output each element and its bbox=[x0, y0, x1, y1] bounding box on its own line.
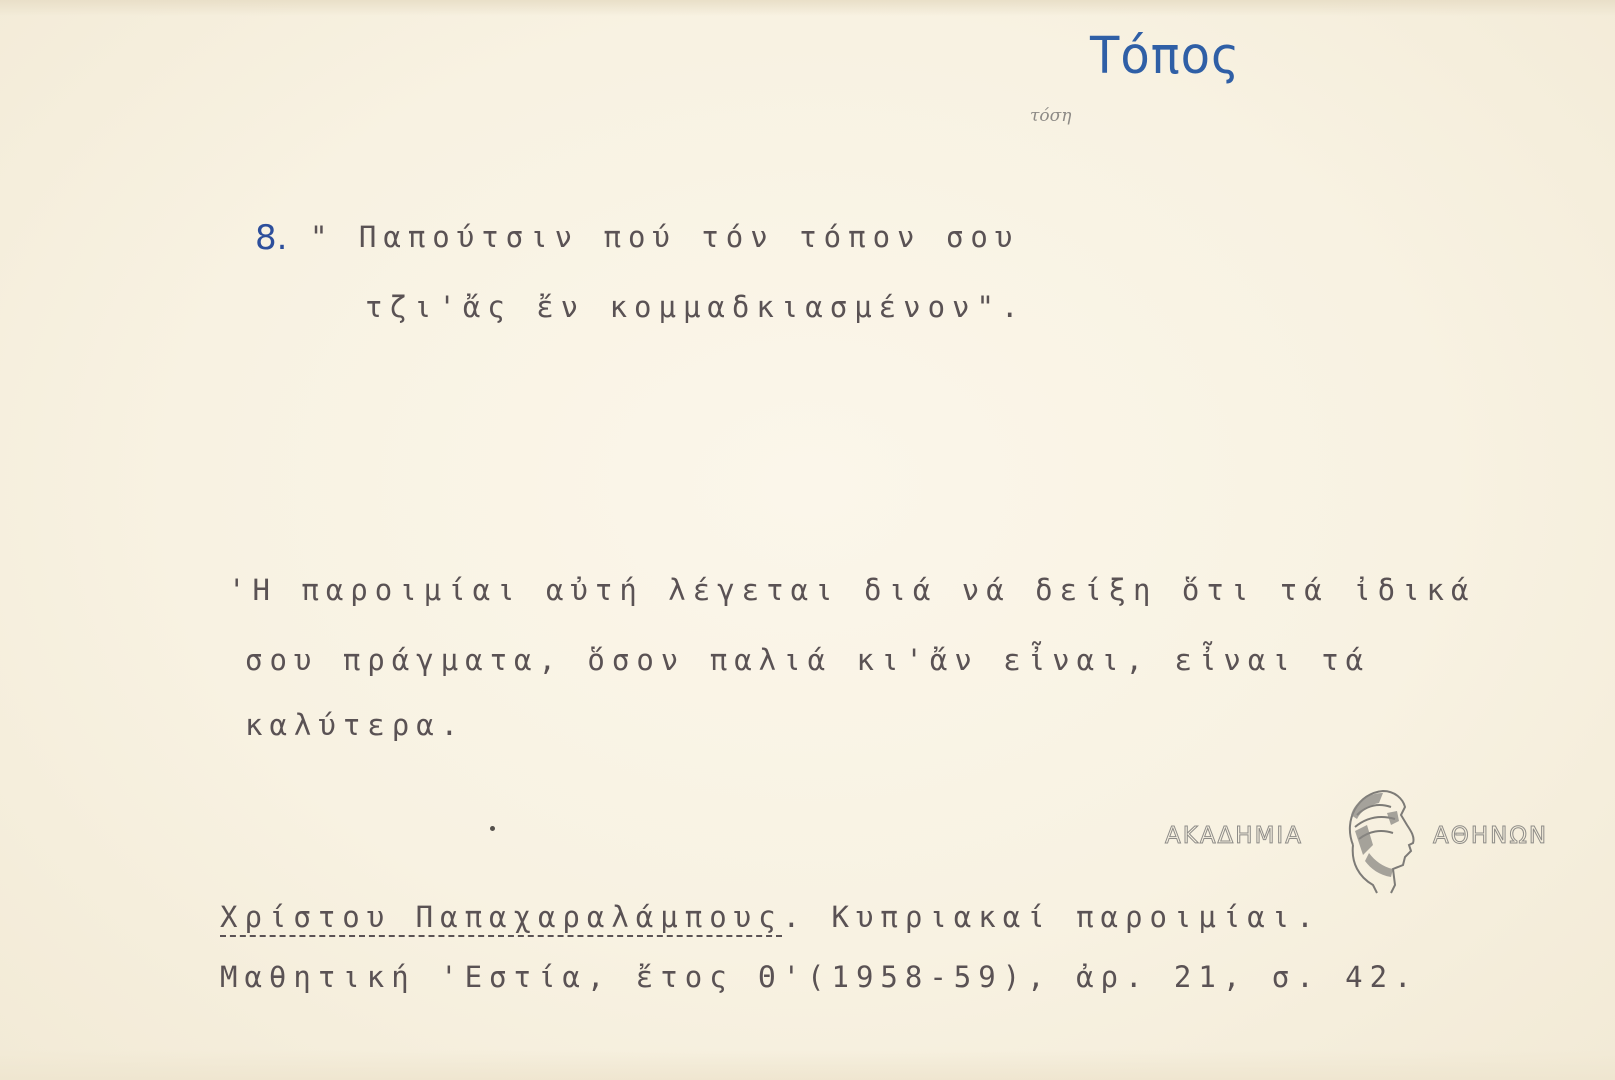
source-line-1: Χρίστου Παπαχαραλάμπους. Κυπριακαί παροι… bbox=[220, 900, 1321, 934]
ink-speck bbox=[490, 826, 495, 831]
watermark-right-text: ΑΘΗΝΩΝ bbox=[1433, 823, 1548, 849]
proverb-line-2: τζι'ἄς ἔν κομμαδκιασμένον". bbox=[365, 290, 1025, 324]
explanation-line-2: σου πράγματα, ὅσον παλιά κι'ἄν εἶναι, εἶ… bbox=[245, 643, 1370, 677]
source-citation: Μαθητική 'Εστία, ἔτος Θ'(1958-59), ἀρ. 2… bbox=[220, 960, 1419, 994]
handwritten-note: τόση bbox=[1030, 106, 1071, 126]
source-title: . Κυπριακαί παροιμίαι. bbox=[783, 900, 1321, 934]
archive-card: Τόπος τόση 8. " Παπούτσιν πού τόν τόπον … bbox=[0, 0, 1615, 1080]
academy-watermark: ΑΚΑΔΗΜΙΑ ΑΘΗΝΩΝ bbox=[1165, 785, 1605, 895]
proverb-line-1: " Παπούτσιν πού τόν τόπον σου bbox=[310, 220, 1019, 254]
athena-head-icon bbox=[1333, 785, 1423, 895]
watermark-left-text: ΑΚΑΔΗΜΙΑ bbox=[1165, 823, 1303, 849]
handwritten-title: Τόπος bbox=[1090, 27, 1240, 86]
entry-number: 8. bbox=[255, 218, 287, 258]
explanation-line-1: 'Η παροιμίαι αὐτή λέγεται διά νά δείξη ὅ… bbox=[228, 573, 1475, 607]
source-author: Χρίστου Παπαχαραλάμπους bbox=[220, 900, 783, 934]
explanation-line-3: καλύτερα. bbox=[245, 708, 465, 742]
